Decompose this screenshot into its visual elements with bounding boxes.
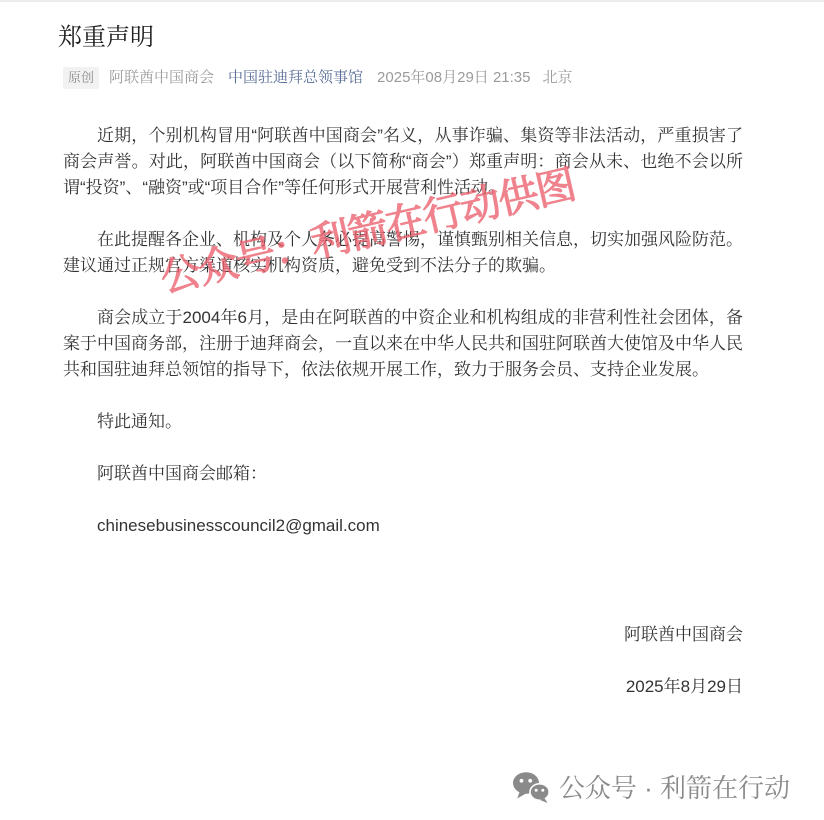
article-paragraph: 特此通知。: [63, 409, 743, 435]
account-name-link[interactable]: 中国驻迪拜总领事馆: [228, 68, 363, 88]
original-badge: 原创: [63, 67, 99, 89]
article-paragraph: 近期，个别机构冒用“阿联酋中国商会”名义，从事诈骗、集资等非法活动，严重损害了商…: [63, 123, 743, 201]
footer-watermark-text: 公众号 · 利箭在行动: [559, 772, 790, 804]
meta-bar: 原创 阿联酋中国商会 中国驻迪拜总领事馆 2025年08月29日 21:35 北…: [63, 67, 743, 89]
article-paragraph: 商会成立于2004年6月，是由在阿联酋的中资企业和机构组成的非营利性社会团体，备…: [63, 305, 743, 383]
signature-name: 阿联酋中国商会: [63, 622, 743, 648]
footer-watermark: 公众号 · 利箭在行动: [512, 771, 790, 804]
article-paragraph: 阿联酋中国商会邮箱：: [63, 461, 743, 487]
article-page: 郑重声明 原创 阿联酋中国商会 中国驻迪拜总领事馆 2025年08月29日 21…: [0, 21, 824, 700]
page-title: 郑重声明: [58, 21, 743, 54]
article-body: 近期，个别机构冒用“阿联酋中国商会”名义，从事诈骗、集资等非法活动，严重损害了商…: [63, 123, 743, 700]
article-paragraph: 在此提醒各企业、机构及个人务必提高警惕，谨慎甄别相关信息，切实加强风险防范。建议…: [63, 227, 743, 279]
author-name-link[interactable]: 阿联酋中国商会: [109, 68, 214, 88]
top-divider: [0, 0, 824, 2]
signature-date: 2025年8月29日: [63, 674, 743, 700]
contact-email: chinesebusinesscouncil2@gmail.com: [63, 513, 743, 539]
wechat-icon: [512, 771, 550, 804]
publish-datetime: 2025年08月29日 21:35: [377, 68, 530, 88]
publish-location: 北京: [543, 68, 573, 88]
